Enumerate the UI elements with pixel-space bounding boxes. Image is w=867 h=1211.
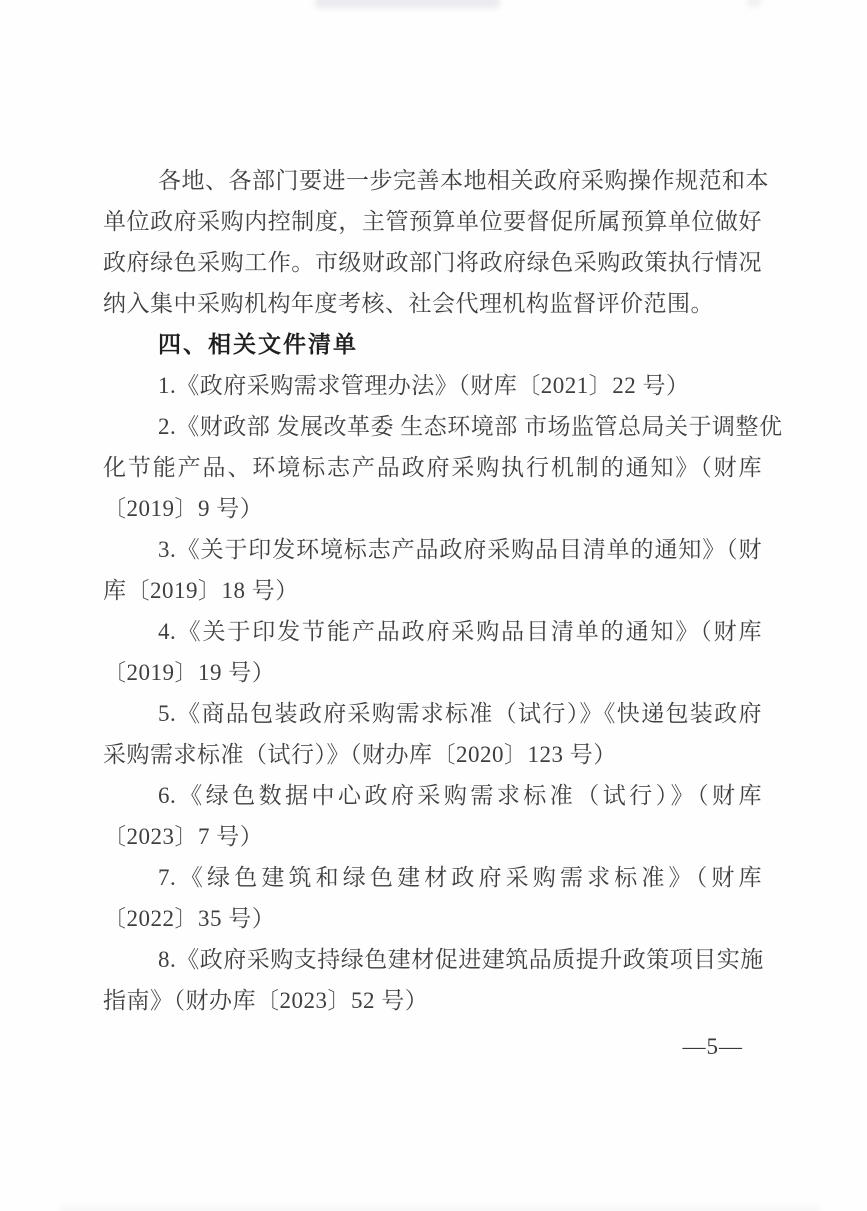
text-line: 〔2023〕7 号） xyxy=(103,816,762,857)
scan-artifact-top-center xyxy=(315,0,500,8)
text-line: 指南》（财办库〔2023〕52 号） xyxy=(103,980,762,1021)
text-line: 单位政府采购内控制度，主管预算单位要督促所属预算单位做好 xyxy=(103,201,762,242)
text-line: 3.《关于印发环境标志产品政府采购品目清单的通知》（财 xyxy=(103,529,762,570)
document-page: 各地、各部门要进一步完善本地相关政府采购操作规范和本单位政府采购内控制度，主管预… xyxy=(0,0,867,1211)
text-line: 7.《绿色建筑和绿色建材政府采购需求标准》（财库 xyxy=(103,857,762,898)
text-line: 化节能产品、环境标志产品政府采购执行机制的通知》（财库 xyxy=(103,447,762,488)
text-line: 1.《政府采购需求管理办法》（财库〔2021〕22 号） xyxy=(103,365,762,406)
text-block: 各地、各部门要进一步完善本地相关政府采购操作规范和本单位政府采购内控制度，主管预… xyxy=(103,160,762,1021)
text-line: 6.《绿色数据中心政府采购需求标准（试行）》（财库 xyxy=(103,775,762,816)
scan-artifact-top-right xyxy=(747,0,761,7)
text-line: 政府绿色采购工作。市级财政部门将政府绿色采购政策执行情况 xyxy=(103,242,762,283)
text-line: 〔2019〕9 号） xyxy=(103,488,762,529)
page-number: —5— xyxy=(103,1026,743,1067)
text-line: 纳入集中采购机构年度考核、社会代理机构监督评价范围。 xyxy=(103,283,762,324)
text-line: 4.《关于印发节能产品政府采购品目清单的通知》（财库 xyxy=(103,611,762,652)
text-line: 〔2019〕19 号） xyxy=(103,652,762,693)
text-line: 库〔2019〕18 号） xyxy=(103,570,762,611)
text-line: 采购需求标准（试行）》（财办库〔2020〕123 号） xyxy=(103,734,762,775)
text-line: 2.《财政部 发展改革委 生态环境部 市场监管总局关于调整优 xyxy=(103,406,762,447)
scan-artifact-bottom xyxy=(60,1207,820,1211)
section-heading: 四、相关文件清单 xyxy=(103,324,762,365)
text-line: 各地、各部门要进一步完善本地相关政府采购操作规范和本 xyxy=(103,160,762,201)
text-line: 〔2022〕35 号） xyxy=(103,898,762,939)
text-line: 8.《政府采购支持绿色建材促进建筑品质提升政策项目实施 xyxy=(103,939,762,980)
text-line: 5.《商品包装政府采购需求标准（试行）》《快递包装政府 xyxy=(103,693,762,734)
